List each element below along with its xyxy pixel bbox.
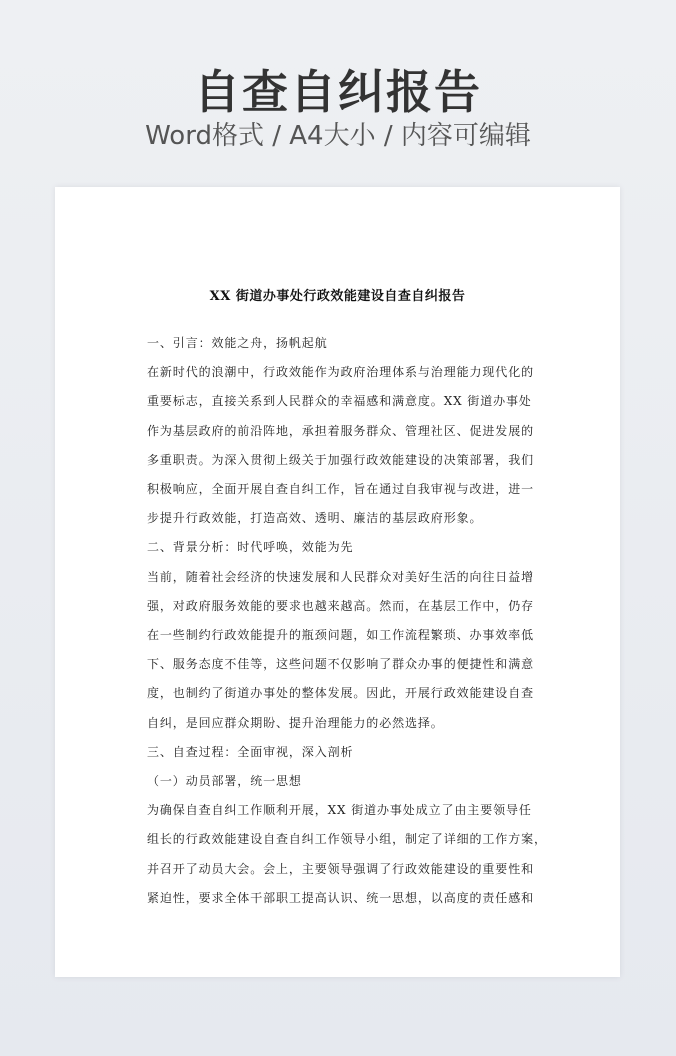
section-heading: 二、背景分析：时代呼唤，效能为先 <box>147 533 531 562</box>
paragraph-line: 强，对政府服务效能的要求也越来越高。然而，在基层工作中，仍存 <box>147 592 531 621</box>
paragraph-line: 下、服务态度不佳等，这些问题不仅影响了群众办事的便捷性和满意 <box>147 650 531 679</box>
paragraph-line: 组长的行政效能建设自查自纠工作领导小组，制定了详细的工作方案， <box>147 825 531 854</box>
paragraph-line: 积极响应，全面开展自查自纠工作，旨在通过自我审视与改进，进一 <box>147 475 531 504</box>
paragraph-line: 在一些制约行政效能提升的瓶颈问题，如工作流程繁琐、办事效率低 <box>147 621 531 650</box>
paragraph-line: 并召开了动员大会。会上，主要领导强调了行政效能建设的重要性和 <box>147 855 531 884</box>
paragraph-line: 多重职责。为深入贯彻上级关于加强行政效能建设的决策部署，我们 <box>147 446 531 475</box>
paragraph-line: 为确保自查自纠工作顺利开展，XX 街道办事处成立了由主要领导任 <box>147 796 531 825</box>
paragraph-line: 作为基层政府的前沿阵地，承担着服务群众、管理社区、促进发展的 <box>147 417 531 446</box>
document-body: 一、引言：效能之舟，扬帆起航 在新时代的浪潮中，行政效能作为政府治理体系与治理能… <box>147 329 531 913</box>
paragraph-line: 重要标志，直接关系到人民群众的幸福感和满意度。XX 街道办事处 <box>147 387 531 416</box>
section-heading: 一、引言：效能之舟，扬帆起航 <box>147 329 531 358</box>
document-title: XX 街道办事处行政效能建设自查自纠报告 <box>55 285 620 304</box>
document-page: XX 街道办事处行政效能建设自查自纠报告 一、引言：效能之舟，扬帆起航 在新时代… <box>55 187 620 977</box>
paragraph-line: 紧迫性，要求全体干部职工提高认识、统一思想，以高度的责任感和 <box>147 884 531 913</box>
subsection-heading: （一）动员部署，统一思想 <box>147 767 531 796</box>
paragraph-line: 度，也制约了街道办事处的整体发展。因此，开展行政效能建设自查 <box>147 679 531 708</box>
paragraph-line: 当前，随着社会经济的快速发展和人民群众对美好生活的向往日益增 <box>147 563 531 592</box>
paragraph-line: 自纠，是回应群众期盼、提升治理能力的必然选择。 <box>147 709 531 738</box>
paragraph-line: 在新时代的浪潮中，行政效能作为政府治理体系与治理能力现代化的 <box>147 358 531 387</box>
hero-subtitle: Word格式 / A4大小 / 内容可编辑 <box>0 118 676 154</box>
section-heading: 三、自查过程：全面审视，深入剖析 <box>147 738 531 767</box>
hero-title: 自查自纠报告 <box>0 62 676 122</box>
paragraph-line: 步提升行政效能，打造高效、透明、廉洁的基层政府形象。 <box>147 504 531 533</box>
